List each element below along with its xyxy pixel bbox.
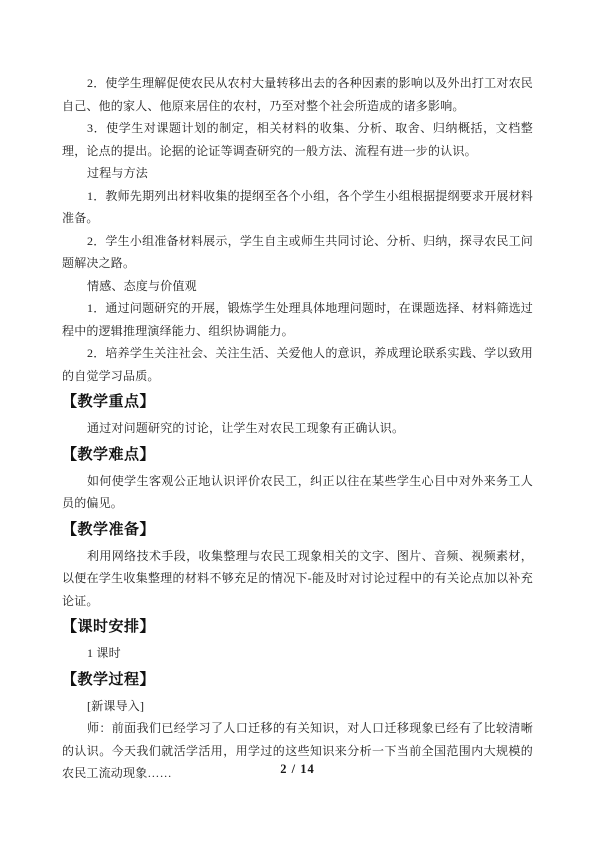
paragraph: 2．培养学生关注社会、关注生活、关爱他人的意识，养成理论联系实践、学以致用的自觉…: [62, 342, 533, 387]
section-heading-teaching-difficulty: 【教学难点】: [62, 443, 533, 467]
section-heading-class-hours: 【课时安排】: [62, 615, 533, 639]
page-number: 2 / 14: [0, 762, 595, 777]
document-content: 2．使学生理解促使农民从农村大量转移出去的各种因素的影响以及外出打工对农民自己、…: [0, 0, 595, 785]
paragraph: 利用网络技术手段，收集整理与农民工现象相关的文字、图片、音频、视频素材，以便在学…: [62, 545, 533, 613]
document-page: 2．使学生理解促使农民从农村大量转移出去的各种因素的影响以及外出打工对农民自己、…: [0, 0, 595, 841]
paragraph-class-hours: 1 课时: [62, 642, 533, 665]
paragraph: 2．学生小组准备材料展示，学生自主或师生共同讨论、分析、归纳，探寻农民工问题解决…: [62, 230, 533, 275]
paragraph: 2．使学生理解促使农民从农村大量转移出去的各种因素的影响以及外出打工对农民自己、…: [62, 72, 533, 117]
paragraph-new-lesson-intro-label: [新课导入]: [62, 695, 533, 718]
section-heading-teaching-preparation: 【教学准备】: [62, 518, 533, 542]
section-heading-teaching-focus: 【教学重点】: [62, 390, 533, 414]
paragraph: 1．通过问题研究的开展，锻炼学生处理具体地理问题时，在课题选择、材料筛选过程中的…: [62, 297, 533, 342]
section-heading-teaching-process: 【教学过程】: [62, 668, 533, 692]
paragraph: 如何使学生客观公正地认识评价农民工，纠正以往在某些学生心目中对外来务工人员的偏见…: [62, 470, 533, 515]
subsection-title-process-method: 过程与方法: [62, 162, 533, 185]
subsection-title-values: 情感、态度与价值观: [62, 275, 533, 298]
paragraph: 3．使学生对课题计划的制定，相关材料的收集、分析、取舍、归纳概括，文档整理，论点…: [62, 117, 533, 162]
paragraph: 通过对问题研究的讨论，让学生对农民工现象有正确认识。: [62, 417, 533, 440]
paragraph: 1．教师先期列出材料收集的提纲至各个小组，各个学生小组根据提纲要求开展材料准备。: [62, 185, 533, 230]
